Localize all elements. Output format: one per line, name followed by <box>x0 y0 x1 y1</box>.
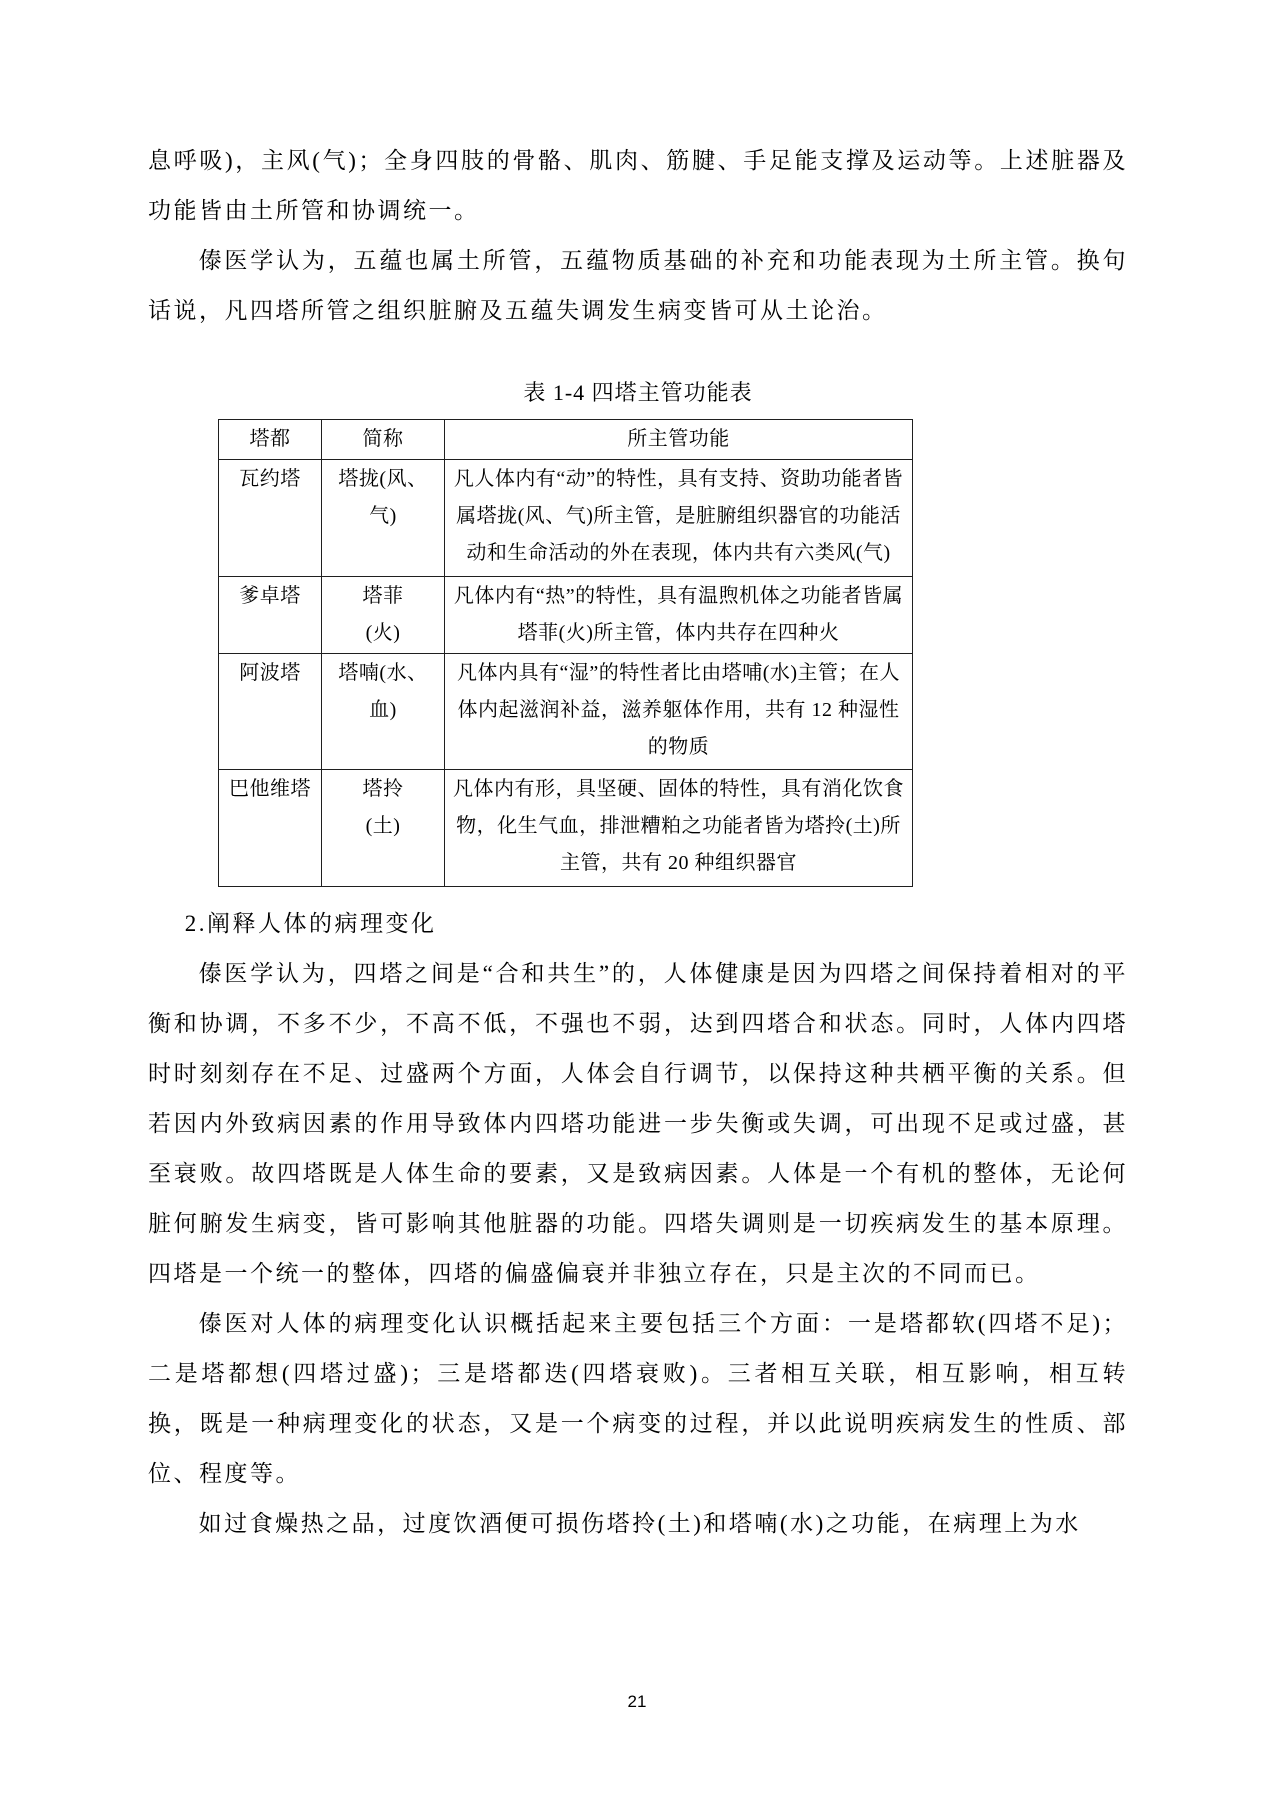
page-content: 息呼吸)，主风(气)；全身四肢的骨骼、肌肉、筋腱、手足能支撑及运动等。上述脏器及… <box>148 136 1128 1549</box>
paragraph: 息呼吸)，主风(气)；全身四肢的骨骼、肌肉、筋腱、手足能支撑及运动等。上述脏器及… <box>148 136 1128 236</box>
table-row: 瓦约塔 塔拢(风、气) 凡人体内有“动”的特性，具有支持、资助功能者皆属塔拢(风… <box>219 460 913 577</box>
four-towers-function-table: 塔都 简称 所主管功能 瓦约塔 塔拢(风、气) 凡人体内有“动”的特性，具有支持… <box>218 419 913 887</box>
tower-function-cell: 凡体内有形，具坚硬、固体的特性，具有消化饮食物，化生气血，排泄糟粕之功能者皆为塔… <box>445 770 913 887</box>
tower-function-cell: 凡体内具有“湿”的特性者比由塔哺(水)主管；在人体内起滋润补益，滋养躯体作用，共… <box>445 654 913 770</box>
tower-abbr-cell: 塔拢(风、气) <box>322 460 445 577</box>
tower-name-cell: 巴他维塔 <box>219 770 322 887</box>
table-caption: 表 1-4 四塔主管功能表 <box>148 376 1128 410</box>
document-page: 息呼吸)，主风(气)；全身四肢的骨骼、肌肉、筋腱、手足能支撑及运动等。上述脏器及… <box>0 0 1274 1801</box>
paragraph: 如过食燥热之品，过度饮酒便可损伤塔拎(土)和塔喃(水)之功能，在病理上为水 <box>148 1499 1128 1549</box>
section-heading: 2.阐释人体的病理变化 <box>148 899 1128 949</box>
tower-abbr-cell: 塔喃(水、血) <box>322 654 445 770</box>
table-header-row: 塔都 简称 所主管功能 <box>219 420 913 460</box>
paragraph: 傣医对人体的病理变化认识概括起来主要包括三个方面：一是塔都软(四塔不足)；二是塔… <box>148 1299 1128 1499</box>
column-header: 所主管功能 <box>445 420 913 460</box>
table-row: 爹卓塔 塔菲 (火) 凡体内有“热”的特性，具有温煦机体之功能者皆属塔菲(火)所… <box>219 577 913 654</box>
column-header: 塔都 <box>219 420 322 460</box>
table-row: 巴他维塔 塔拎 (土) 凡体内有形，具坚硬、固体的特性，具有消化饮食物，化生气血… <box>219 770 913 887</box>
tower-function-cell: 凡体内有“热”的特性，具有温煦机体之功能者皆属塔菲(火)所主管，体内共存在四种火 <box>445 577 913 654</box>
tower-name-cell: 瓦约塔 <box>219 460 322 577</box>
table-row: 阿波塔 塔喃(水、血) 凡体内具有“湿”的特性者比由塔哺(水)主管；在人体内起滋… <box>219 654 913 770</box>
tower-function-cell: 凡人体内有“动”的特性，具有支持、资助功能者皆属塔拢(风、气)所主管，是脏腑组织… <box>445 460 913 577</box>
paragraph: 傣医学认为，五蕴也属土所管，五蕴物质基础的补充和功能表现为土所主管。换句话说，凡… <box>148 236 1128 336</box>
tower-name-cell: 阿波塔 <box>219 654 322 770</box>
tower-name-cell: 爹卓塔 <box>219 577 322 654</box>
tower-abbr-cell: 塔拎 (土) <box>322 770 445 887</box>
paragraph: 傣医学认为，四塔之间是“合和共生”的，人体健康是因为四塔之间保持着相对的平衡和协… <box>148 949 1128 1299</box>
tower-abbr-cell: 塔菲 (火) <box>322 577 445 654</box>
page-number: 21 <box>0 1692 1274 1712</box>
column-header: 简称 <box>322 420 445 460</box>
